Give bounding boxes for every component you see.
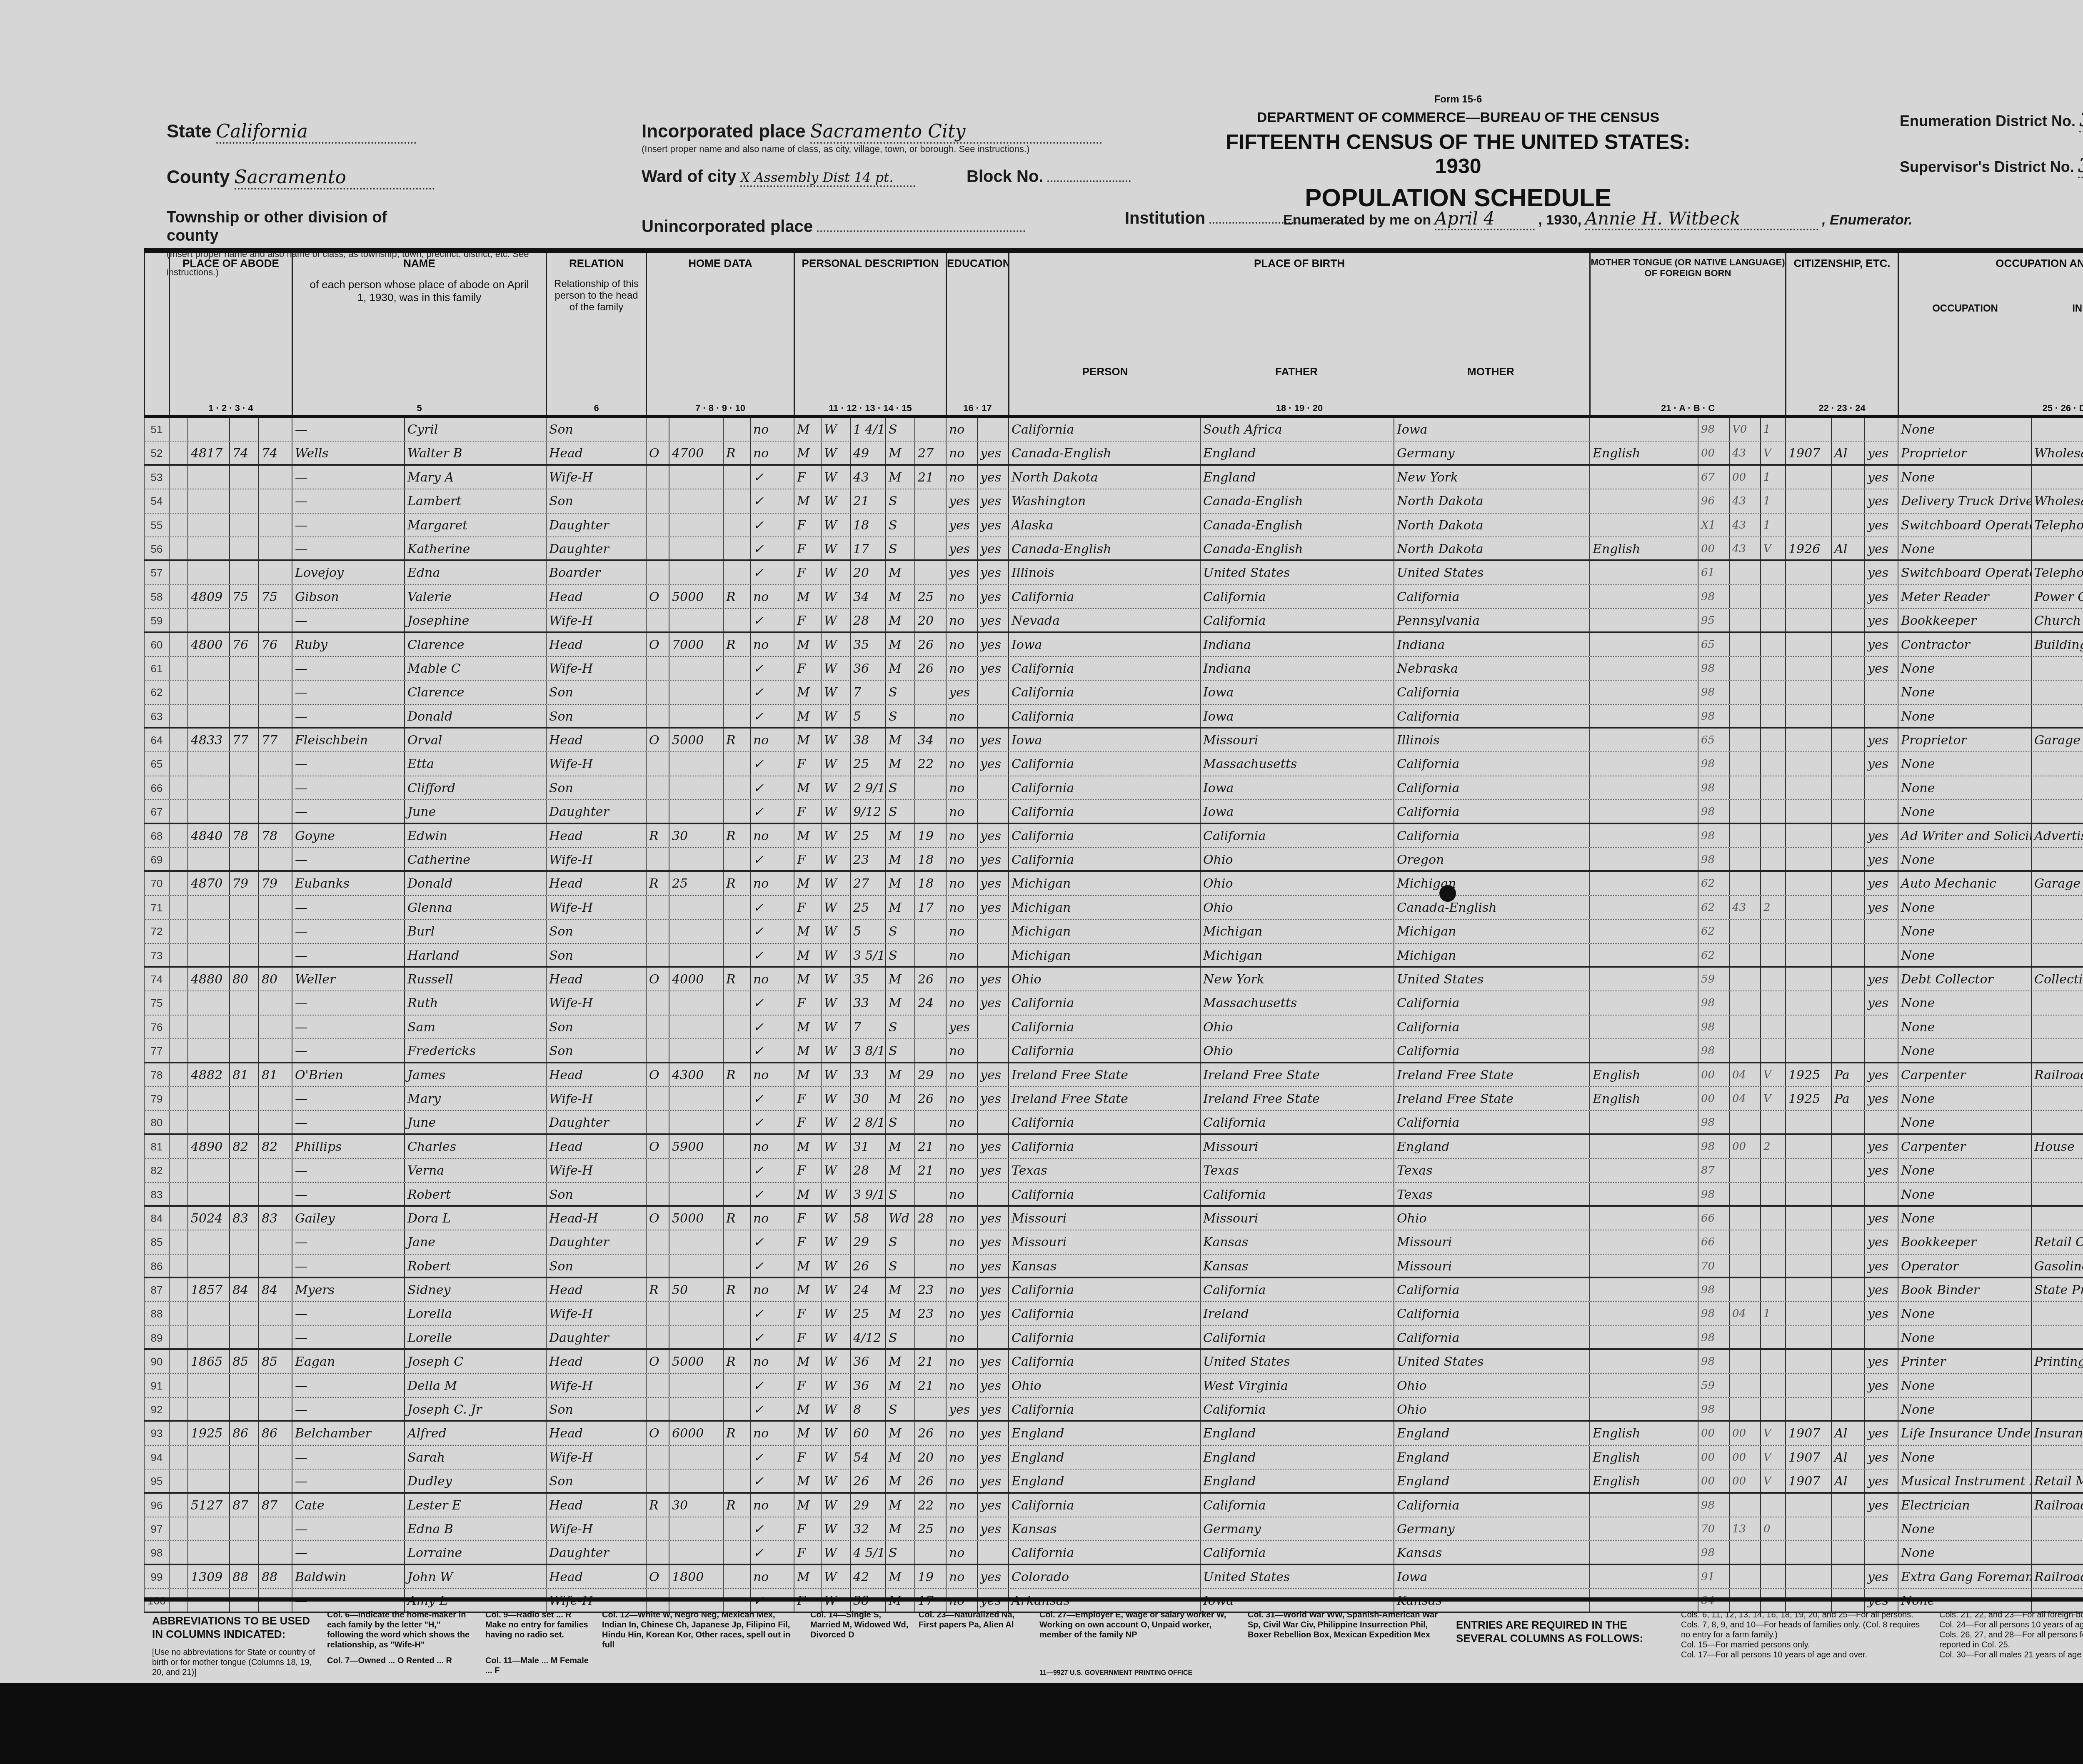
code-c-cell [1760,776,1785,799]
sex-cell: F [794,752,821,775]
industry-cell: Insurance Co. [2031,1422,2083,1445]
age-cell: 28 [850,609,885,631]
house-cell [187,418,229,441]
house-cell [187,1302,229,1325]
sex-cell: M [794,968,821,991]
english-cell: yes [1864,514,1898,536]
code-c-cell [1760,1230,1785,1253]
tongue-cell [1589,1183,1698,1205]
natz-cell [1831,920,1864,943]
table-row: 65—EttaWife-H✓FW25M22noyesCaliforniaMass… [144,752,2083,776]
street-cell [169,1039,187,1061]
marital-cell: S [885,1015,914,1038]
immig-cell: 1907 [1785,1446,1831,1469]
table-row: 54—LambertSon✓MW21SyesyesWashingtonCanad… [144,489,2083,513]
industry-cell [2031,752,2083,775]
code-c-cell [1760,705,1785,727]
school-cell: no [946,752,977,775]
code-c-cell [1760,585,1785,608]
farm-cell: ✓ [750,1446,794,1469]
immig-cell: 1907 [1785,1422,1831,1445]
age-marr-cell [914,705,946,727]
col-nums-16-17: 16 · 17 [947,403,1008,414]
industry-cell [2031,1039,2083,1061]
house-cell: 5024 [187,1207,229,1230]
tongue-cell [1589,729,1698,751]
tongue-cell [1589,609,1698,631]
code-c-cell: 0 [1760,1517,1785,1540]
house-cell [187,1039,229,1061]
radio-cell: R [723,1494,750,1517]
line-cell: 74 [144,968,169,991]
radio-cell [723,944,750,966]
age-marr-cell [914,537,946,559]
code-a-cell: 98 [1698,1183,1729,1205]
sex-cell: F [794,1541,821,1563]
mother-birth-cell: California [1394,1111,1589,1133]
given-cell: Joseph C [404,1350,546,1373]
marital-cell: M [885,991,914,1014]
street-cell [169,1183,187,1205]
owned-cell [646,1374,669,1397]
table-row: 80—JuneDaughter✓FW2 8/12SnoCaliforniaCal… [144,1111,2083,1135]
farm-cell: no [750,1207,794,1230]
immig-cell [1785,1111,1831,1133]
birth-cell: California [1008,848,1200,870]
table-row: 55—MargaretDaughter✓FW18SyesyesAlaskaCan… [144,514,2083,537]
father-birth-cell: England [1200,1446,1394,1469]
natz-cell [1831,1183,1864,1205]
header-citizenship: CITIZENSHIP, ETC.22 · 23 · 24 [1785,253,1898,415]
industry-cell [2031,1207,2083,1230]
dwelling-cell [229,1039,258,1061]
radio-cell [723,1039,750,1061]
code-a-cell: 62 [1698,944,1729,966]
line-cell: 64 [144,729,169,751]
marital-cell: S [885,1398,914,1420]
incorporated-place-field: Incorporated place Sacramento City (Inse… [642,121,1102,155]
industry-cell: Church [2031,609,2083,631]
radio-cell [723,1446,750,1469]
value-cell [669,1398,723,1420]
english-cell: yes [1864,1350,1898,1373]
marital-cell: M [885,585,914,608]
age-cell: 27 [850,872,885,895]
value-cell: 5000 [669,585,723,608]
county-value: Sacramento [235,167,435,190]
owned-cell [646,681,669,704]
given-cell: Robert [404,1255,546,1277]
owned-cell [646,944,669,966]
mother-birth-cell: Indiana [1394,633,1589,656]
family-cell: 74 [258,442,292,464]
house-cell: 4882 [187,1063,229,1086]
entries-6: Col. 24—For all persons 10 years of age … [1939,1620,2083,1630]
mother-birth-cell: Nebraska [1394,657,1589,680]
given-cell: John W [404,1565,546,1588]
table-row: 7848828181O'BrienJamesHeadO4300RnoMW33M2… [144,1063,2083,1087]
code-a-cell: 00 [1698,442,1729,464]
table-row: 5848097575GibsonValerieHeadO5000RnoMW34M… [144,585,2083,609]
given-cell: Lorelle [404,1326,546,1348]
school-cell: no [946,896,977,919]
sex-cell: F [794,1374,821,1397]
print-code: 11—9927 U.S. GOVERNMENT PRINTING OFFICE [1039,1668,1289,1678]
line-cell: 99 [144,1565,169,1588]
race-cell: W [821,848,850,870]
table-row: 98—LorraineDaughter✓FW4 5/12SnoCaliforni… [144,1541,2083,1565]
industry-cell: Telephone Office [2031,514,2083,536]
natz-cell [1831,1374,1864,1397]
code-a-cell: 98 [1698,1350,1729,1373]
farm-cell: no [750,1350,794,1373]
dwelling-cell [229,752,258,775]
immig-cell [1785,800,1831,822]
house-cell [187,1230,229,1253]
age-marr-cell: 18 [914,848,946,870]
code-b-cell [1729,1398,1760,1420]
street-cell [169,514,187,536]
english-cell: yes [1864,1135,1898,1158]
immig-cell [1785,1159,1831,1182]
family-cell [258,466,292,489]
birth-cell: Canada-English [1008,442,1200,464]
english-cell: yes [1864,1255,1898,1277]
given-cell: Charles [404,1135,546,1158]
value-cell [669,561,723,584]
code-a-cell: 98 [1698,1111,1729,1133]
value-cell [669,609,723,631]
marital-cell: M [885,1517,914,1540]
code-b-cell [1729,705,1760,727]
occupation-cell: None [1898,1302,2031,1325]
schedule-title: POPULATION SCHEDULE [1208,183,1708,212]
street-cell [169,1111,187,1133]
radio-cell: R [723,1350,750,1373]
farm-cell: no [750,729,794,751]
code-a-cell: 98 [1698,1326,1729,1348]
table-row: 9018658585EaganJoseph CHeadO5000RnoMW36M… [144,1350,2083,1374]
ink-blot [1439,885,1456,902]
age-cell: 36 [850,657,885,680]
radio-cell [723,466,750,489]
dwelling-cell [229,1398,258,1420]
industry-cell [2031,1183,2083,1205]
race-cell: W [821,633,850,656]
family-cell: 81 [258,1063,292,1086]
read-cell [977,418,1008,441]
occupation-cell: None [1898,537,2031,559]
code-b-cell [1729,1350,1760,1373]
birth-cell: California [1008,1350,1200,1373]
owned-cell [646,776,669,799]
enumerator-label: , Enumerator. [1822,212,1912,228]
mother-birth-cell: England [1394,1135,1589,1158]
marital-cell: M [885,1302,914,1325]
street-cell [169,1159,187,1182]
natz-cell [1831,705,1864,727]
radio-cell [723,776,750,799]
code-a-cell: 98 [1698,848,1729,870]
school-cell: no [946,872,977,895]
home-data-title: HOME DATA [647,253,794,270]
school-cell: no [946,657,977,680]
mother-birth-cell: Germany [1394,1517,1589,1540]
radio-cell [723,896,750,919]
father-birth-cell: England [1200,466,1394,489]
tongue-cell [1589,657,1698,680]
code-a-cell: 66 [1698,1207,1729,1230]
sex-cell: M [794,705,821,727]
relation-cell: Son [546,418,646,441]
code-c-cell [1760,848,1785,870]
surname-cell: Eubanks [292,872,404,895]
street-cell [169,1374,187,1397]
read-cell: yes [977,729,1008,751]
school-cell: yes [946,537,977,559]
code-c-cell [1760,1255,1785,1277]
marital-cell: M [885,1374,914,1397]
house-cell [187,1517,229,1540]
code-c-cell [1760,920,1785,943]
given-cell: Sidney [404,1278,546,1301]
code-c-cell [1760,800,1785,822]
relation-cell: Daughter [546,1111,646,1133]
owned-cell: O [646,1135,669,1158]
house-cell [187,1446,229,1469]
read-cell [977,776,1008,799]
given-cell: Dora L [404,1207,546,1230]
department-title: DEPARTMENT OF COMMERCE—BUREAU OF THE CEN… [1208,110,1708,126]
table-row: 7448808080WellerRussellHeadO4000RnoMW35M… [144,968,2083,991]
natz-cell [1831,1111,1864,1133]
read-cell: yes [977,1207,1008,1230]
value-cell [669,1374,723,1397]
birth-cell: Kansas [1008,1255,1200,1277]
occupation-cell: None [1898,705,2031,727]
age-marr-cell: 23 [914,1302,946,1325]
code-b-cell [1729,609,1760,631]
industry-cell [2031,800,2083,822]
table-row: 53—Mary AWife-H✓FW43M21noyesNorth Dakota… [144,466,2083,489]
code-b-cell [1729,1541,1760,1563]
radio-cell [723,537,750,559]
code-c-cell [1760,1494,1785,1517]
age-marr-cell: 20 [914,609,946,631]
age-marr-cell: 23 [914,1278,946,1301]
sex-cell: M [794,824,821,847]
occupation-cell: None [1898,1111,2031,1133]
code-b-cell [1729,824,1760,847]
abbr-col6: Col. 6—Indicate the home-maker in each f… [327,1610,477,1650]
natz-cell: Al [1831,1446,1864,1469]
read-cell: yes [977,1063,1008,1086]
radio-cell [723,418,750,441]
industry-subhead: INDUSTRY [2031,303,2083,314]
table-row: 76—SamSon✓MW7SyesCaliforniaOhioCaliforni… [144,1015,2083,1039]
school-cell: no [946,418,977,441]
natz-cell: Al [1831,1470,1864,1492]
dwelling-cell [229,1446,258,1469]
school-cell: no [946,1494,977,1517]
surname-cell: — [292,944,404,966]
sex-cell: M [794,1015,821,1038]
owned-cell [646,1183,669,1205]
mother-birth-cell: California [1394,1494,1589,1517]
family-cell [258,1374,292,1397]
code-b-cell [1729,1183,1760,1205]
radio-cell: R [723,729,750,751]
code-a-cell: 98 [1698,1039,1729,1061]
code-b-cell [1729,1565,1760,1588]
col-num-6: 6 [547,403,646,414]
value-cell: 5000 [669,729,723,751]
value-cell [669,514,723,536]
marital-cell: S [885,537,914,559]
value-cell [669,920,723,943]
value-cell [669,896,723,919]
marital-cell: M [885,1159,914,1182]
radio-cell [723,681,750,704]
line-cell: 70 [144,872,169,895]
father-birth-cell: California [1200,1183,1394,1205]
radio-cell: R [723,1063,750,1086]
line-cell: 69 [144,848,169,870]
age-marr-cell [914,920,946,943]
occupation-cell: None [1898,1207,2031,1230]
given-cell: Robert [404,1183,546,1205]
line-cell: 60 [144,633,169,656]
ed-value: 34-60 [2079,108,2083,132]
house-cell [187,681,229,704]
owned-cell [646,800,669,822]
house-cell [187,920,229,943]
radio-cell [723,1015,750,1038]
farm-cell: no [750,872,794,895]
birth-cell: California [1008,824,1200,847]
code-c-cell [1760,657,1785,680]
family-cell [258,1039,292,1061]
family-cell: 86 [258,1422,292,1445]
table-row: 89—LorelleDaughter✓FW4/12SnoCaliforniaCa… [144,1326,2083,1350]
line-cell: 92 [144,1398,169,1420]
surname-cell: — [292,848,404,870]
code-b-cell [1729,1326,1760,1348]
english-cell: yes [1864,1207,1898,1230]
surname-cell: — [292,537,404,559]
owned-cell [646,1111,669,1133]
relation-cell: Head [546,872,646,895]
header-occupation-industry: OCCUPATION AND INDUSTRY OCCUPATION INDUS… [1898,253,2083,415]
industry-cell: Retail Music Store [2031,1470,2083,1492]
value-cell: 5000 [669,1350,723,1373]
code-c-cell [1760,1278,1785,1301]
family-cell: 75 [258,585,292,608]
father-birth-cell: Iowa [1200,800,1394,822]
code-a-cell: 98 [1698,1302,1729,1325]
family-cell [258,537,292,559]
school-cell: no [946,1517,977,1540]
code-a-cell: 67 [1698,466,1729,489]
immig-cell [1785,1565,1831,1588]
radio-cell [723,1087,750,1110]
read-cell: yes [977,1470,1008,1492]
table-row: 9913098888BaldwinJohn WHeadO1800noMW42M1… [144,1565,2083,1589]
house-cell [187,800,229,822]
house-cell [187,657,229,680]
mother-birth-cell: California [1394,824,1589,847]
industry-cell [2031,920,2083,943]
enumerated-date: April 4 [1435,208,1535,230]
birth-cell: California [1008,681,1200,704]
code-b-cell [1729,1255,1760,1277]
father-birth-cell: Ohio [1200,848,1394,870]
relation-cell: Wife-H [546,1374,646,1397]
code-b-cell: 04 [1729,1087,1760,1110]
race-cell: W [821,1063,850,1086]
birth-cell: California [1008,1015,1200,1038]
age-marr-cell [914,800,946,822]
house-cell: 4870 [187,872,229,895]
natz-cell [1831,609,1864,631]
farm-cell: ✓ [750,1470,794,1492]
family-cell: 78 [258,824,292,847]
family-cell: 84 [258,1278,292,1301]
race-cell: W [821,537,850,559]
occupation-cell: None [1898,1326,2031,1348]
street-cell [169,1326,187,1348]
radio-cell [723,752,750,775]
birth-cell: England [1008,1446,1200,1469]
line-cell: 58 [144,585,169,608]
code-c-cell [1760,1374,1785,1397]
code-c-cell [1760,1207,1785,1230]
father-birth-cell: Ohio [1200,1039,1394,1061]
mother-birth-cell: Canada-English [1394,896,1589,919]
school-cell: no [946,1135,977,1158]
school-cell: no [946,1159,977,1182]
surname-cell: — [292,1039,404,1061]
race-cell: W [821,1255,850,1277]
race-cell: W [821,1087,850,1110]
read-cell: yes [977,1350,1008,1373]
occupation-cell: None [1898,1374,2031,1397]
code-c-cell [1760,1183,1785,1205]
value-cell [669,1183,723,1205]
surname-cell: Gailey [292,1207,404,1230]
read-cell [977,1015,1008,1038]
race-cell: W [821,1350,850,1373]
street-cell [169,729,187,751]
birth-cell: California [1008,1183,1200,1205]
abbr-col12: Col. 12—White W, Negro Neg, Mexican Mex,… [602,1610,802,1650]
industry-cell: Garage [2031,872,2083,895]
occupation-cell: None [1898,1183,2031,1205]
birth-cell: Missouri [1008,1207,1200,1230]
house-cell [187,848,229,870]
radio-cell [723,1470,750,1492]
header-name: NAMEof each person whose place of abode … [292,253,546,415]
father-birth-cell: Canada-English [1200,514,1394,536]
given-cell: Mary A [404,466,546,489]
dwelling-cell [229,514,258,536]
table-row: 97—Edna BWife-H✓FW32M25noyesKansasGerman… [144,1517,2083,1541]
given-cell: Etta [404,752,546,775]
industry-cell [2031,681,2083,704]
family-cell [258,1111,292,1133]
age-cell: 43 [850,466,885,489]
code-c-cell: V [1760,1087,1785,1110]
